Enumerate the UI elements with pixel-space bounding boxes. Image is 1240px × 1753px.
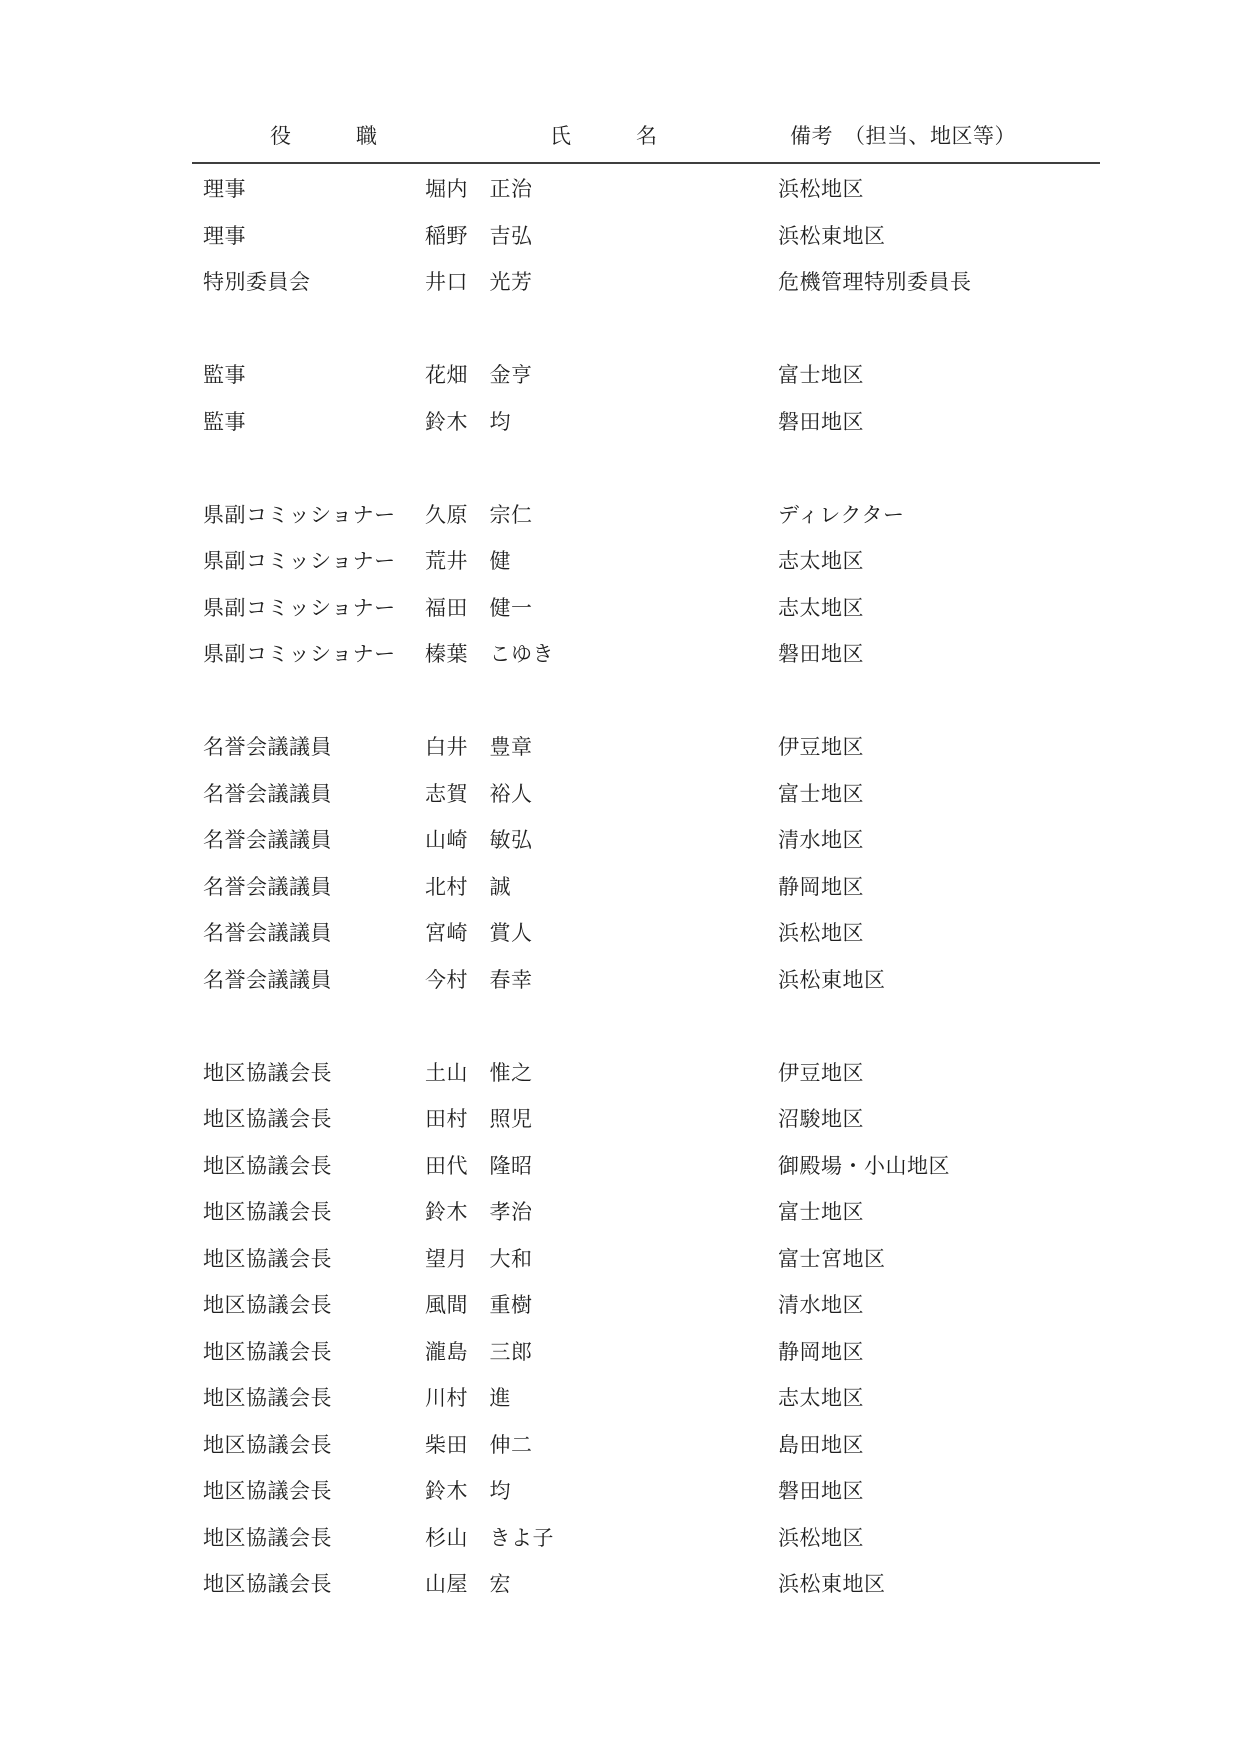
table-row: 県副コミッショナー 榛葉 こゆき 磐田地区	[0, 631, 1240, 678]
cell-name: 川村 進	[425, 1375, 511, 1422]
cell-note: 磐田地区	[778, 1468, 864, 1515]
cell-note: 富士地区	[778, 1189, 864, 1236]
cell-role: 地区協議会長	[203, 1189, 332, 1236]
cell-role: 名誉会議議員	[203, 957, 332, 1004]
table-row: 地区協議会長 杉山 きよ子 浜松地区	[0, 1515, 1240, 1562]
table-row: 名誉会議議員 北村 誠 静岡地区	[0, 864, 1240, 911]
table-row: 名誉会議議員 白井 豊章 伊豆地区	[0, 724, 1240, 771]
cell-role: 地区協議会長	[203, 1143, 332, 1190]
cell-note: 静岡地区	[778, 1329, 864, 1376]
cell-name: 花畑 金亨	[425, 352, 533, 399]
cell-note: 富士地区	[778, 771, 864, 818]
cell-name: 風間 重樹	[425, 1282, 533, 1329]
cell-note: 磐田地区	[778, 631, 864, 678]
cell-name: 田村 照児	[425, 1096, 533, 1143]
section-spacer	[0, 306, 1240, 353]
cell-role: 地区協議会長	[203, 1329, 332, 1376]
cell-name: 福田 健一	[425, 585, 533, 632]
table-row: 名誉会議議員 今村 春幸 浜松東地区	[0, 957, 1240, 1004]
cell-name: 田代 隆昭	[425, 1143, 533, 1190]
cell-name: 山屋 宏	[425, 1561, 511, 1608]
cell-note: 清水地区	[778, 817, 864, 864]
cell-role: 名誉会議議員	[203, 771, 332, 818]
cell-note: 浜松地区	[778, 910, 864, 957]
cell-role: 地区協議会長	[203, 1422, 332, 1469]
header-name-label: 氏 名	[550, 126, 658, 147]
cell-name: 堀内 正治	[425, 166, 533, 213]
cell-name: 井口 光芳	[425, 259, 533, 306]
cell-note: 危機管理特別委員長	[778, 259, 972, 306]
header-divider-line	[192, 162, 1100, 164]
cell-name: 稲野 吉弘	[425, 213, 533, 260]
cell-role: 地区協議会長	[203, 1236, 332, 1283]
section-spacer	[0, 1003, 1240, 1050]
cell-note: 浜松東地区	[778, 213, 886, 260]
table-row: 特別委員会 井口 光芳 危機管理特別委員長	[0, 259, 1240, 306]
cell-name: 白井 豊章	[425, 724, 533, 771]
table-row: 理事 堀内 正治 浜松地区	[0, 166, 1240, 213]
cell-name: 榛葉 こゆき	[425, 631, 554, 678]
cell-name: 今村 春幸	[425, 957, 533, 1004]
section-spacer	[0, 678, 1240, 725]
table-row: 地区協議会長 鈴木 孝治 富士地区	[0, 1189, 1240, 1236]
table-row: 地区協議会長 川村 進 志太地区	[0, 1375, 1240, 1422]
cell-note: 浜松東地区	[778, 957, 886, 1004]
cell-role: 地区協議会長	[203, 1515, 332, 1562]
cell-role: 名誉会議議員	[203, 910, 332, 957]
table-header-row: 役 職 氏 名 備考 （担当、地区等）	[0, 126, 1240, 152]
cell-note: ディレクター	[778, 492, 904, 539]
cell-role: 監事	[203, 352, 246, 399]
section-spacer	[0, 445, 1240, 492]
cell-role: 県副コミッショナー	[203, 492, 396, 539]
cell-role: 地区協議会長	[203, 1375, 332, 1422]
cell-role: 地区協議会長	[203, 1561, 332, 1608]
cell-note: 浜松地区	[778, 1515, 864, 1562]
cell-name: 宮崎 賞人	[425, 910, 533, 957]
cell-note: 沼駿地区	[778, 1096, 864, 1143]
cell-role: 名誉会議議員	[203, 864, 332, 911]
cell-role: 監事	[203, 399, 246, 446]
table-row: 理事 稲野 吉弘 浜松東地区	[0, 213, 1240, 260]
table-row: 県副コミッショナー 久原 宗仁 ディレクター	[0, 492, 1240, 539]
table-row: 地区協議会長 鈴木 均 磐田地区	[0, 1468, 1240, 1515]
table-row: 地区協議会長 山屋 宏 浜松東地区	[0, 1561, 1240, 1608]
cell-note: 静岡地区	[778, 864, 864, 911]
table-row: 地区協議会長 柴田 伸二 島田地区	[0, 1422, 1240, 1469]
cell-name: 久原 宗仁	[425, 492, 533, 539]
cell-note: 富士宮地区	[778, 1236, 886, 1283]
table-row: 監事 花畑 金亨 富士地区	[0, 352, 1240, 399]
cell-role: 地区協議会長	[203, 1096, 332, 1143]
cell-role: 県副コミッショナー	[203, 538, 396, 585]
cell-name: 鈴木 均	[425, 399, 511, 446]
table-row: 地区協議会長 土山 惟之 伊豆地区	[0, 1050, 1240, 1097]
cell-note: 伊豆地区	[778, 1050, 864, 1097]
table-row: 地区協議会長 田村 照児 沼駿地区	[0, 1096, 1240, 1143]
cell-note: 志太地区	[778, 538, 864, 585]
cell-name: 志賀 裕人	[425, 771, 533, 818]
cell-name: 山崎 敏弘	[425, 817, 533, 864]
table-row: 名誉会議議員 宮崎 賞人 浜松地区	[0, 910, 1240, 957]
table-row: 地区協議会長 瀧島 三郎 静岡地区	[0, 1329, 1240, 1376]
cell-note: 清水地区	[778, 1282, 864, 1329]
cell-name: 瀧島 三郎	[425, 1329, 533, 1376]
cell-name: 柴田 伸二	[425, 1422, 533, 1469]
cell-name: 荒井 健	[425, 538, 511, 585]
cell-note: 志太地区	[778, 1375, 864, 1422]
cell-note: 伊豆地区	[778, 724, 864, 771]
cell-role: 特別委員会	[203, 259, 311, 306]
cell-name: 杉山 きよ子	[425, 1515, 554, 1562]
cell-note: 島田地区	[778, 1422, 864, 1469]
cell-role: 理事	[203, 213, 246, 260]
cell-role: 名誉会議議員	[203, 724, 332, 771]
cell-role: 名誉会議議員	[203, 817, 332, 864]
cell-note: 富士地区	[778, 352, 864, 399]
cell-role: 県副コミッショナー	[203, 631, 396, 678]
cell-name: 望月 大和	[425, 1236, 533, 1283]
table-row: 名誉会議議員 志賀 裕人 富士地区	[0, 771, 1240, 818]
cell-note: 浜松東地区	[778, 1561, 886, 1608]
cell-note: 御殿場・小山地区	[778, 1143, 950, 1190]
cell-role: 地区協議会長	[203, 1050, 332, 1097]
table-row: 名誉会議議員 山崎 敏弘 清水地区	[0, 817, 1240, 864]
header-note-label: 備考 （担当、地区等）	[790, 126, 1016, 147]
cell-note: 浜松地区	[778, 166, 864, 213]
cell-role: 地区協議会長	[203, 1468, 332, 1515]
table-row: 地区協議会長 風間 重樹 清水地区	[0, 1282, 1240, 1329]
cell-role: 地区協議会長	[203, 1282, 332, 1329]
cell-role: 理事	[203, 166, 246, 213]
header-role-label: 役 職	[270, 126, 378, 147]
table-body: 理事 堀内 正治 浜松地区 理事 稲野 吉弘 浜松東地区 特別委員会 井口 光芳…	[0, 166, 1240, 1608]
cell-name: 鈴木 孝治	[425, 1189, 533, 1236]
cell-name: 土山 惟之	[425, 1050, 533, 1097]
table-row: 県副コミッショナー 荒井 健 志太地区	[0, 538, 1240, 585]
table-row: 地区協議会長 田代 隆昭 御殿場・小山地区	[0, 1143, 1240, 1190]
cell-note: 志太地区	[778, 585, 864, 632]
cell-role: 県副コミッショナー	[203, 585, 396, 632]
table-row: 地区協議会長 望月 大和 富士宮地区	[0, 1236, 1240, 1283]
cell-name: 鈴木 均	[425, 1468, 511, 1515]
cell-name: 北村 誠	[425, 864, 511, 911]
cell-note: 磐田地区	[778, 399, 864, 446]
table-row: 県副コミッショナー 福田 健一 志太地区	[0, 585, 1240, 632]
table-row: 監事 鈴木 均 磐田地区	[0, 399, 1240, 446]
document-page: 役 職 氏 名 備考 （担当、地区等） 理事 堀内 正治 浜松地区 理事 稲野 …	[0, 0, 1240, 1753]
